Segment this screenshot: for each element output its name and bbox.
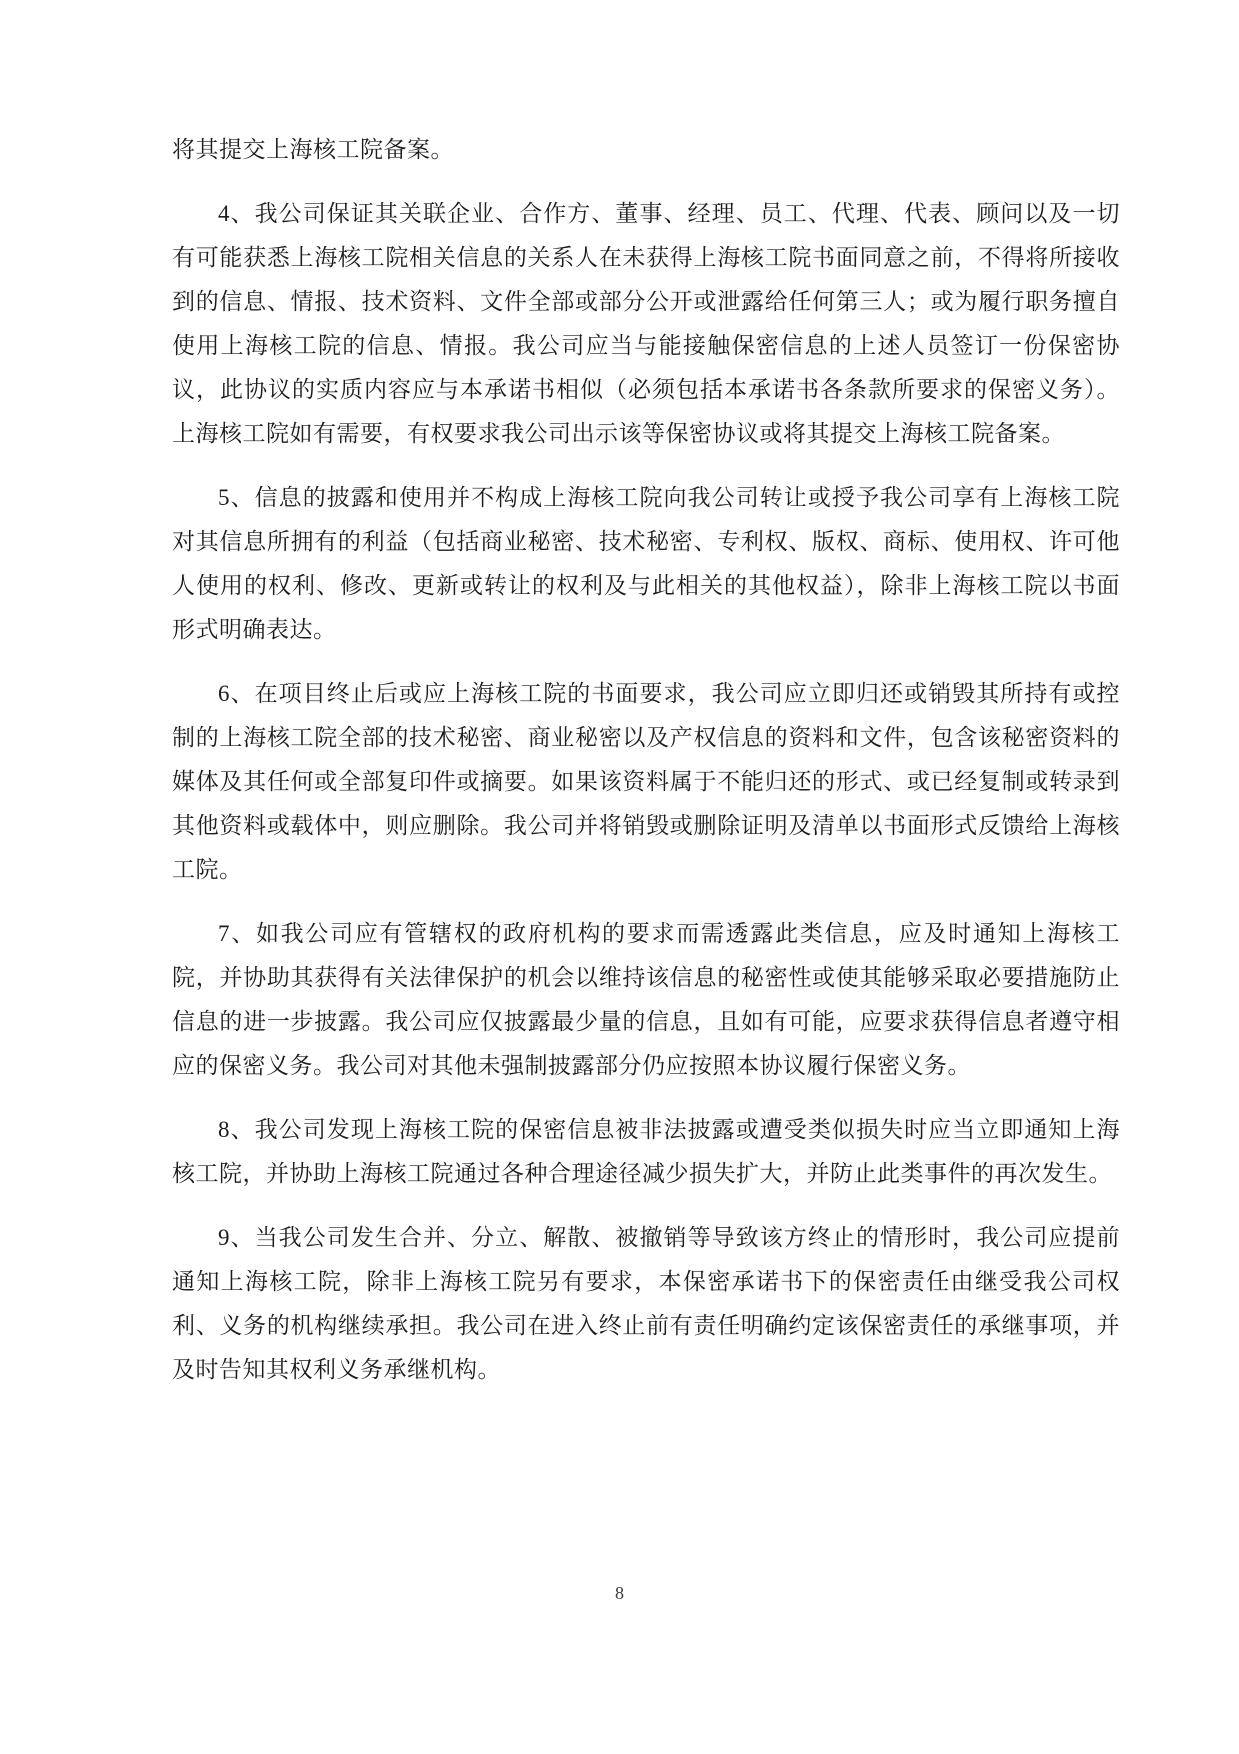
- paragraph-item-6: 6、在项目终止后或应上海核工院的书面要求，我公司应立即归还或销毁其所持有或控制的…: [172, 672, 1120, 892]
- paragraph-item-9: 9、当我公司发生合并、分立、解散、被撤销等导致该方终止的情形时，我公司应提前通知…: [172, 1216, 1120, 1392]
- paragraph-continuation: 将其提交上海核工院备案。: [172, 128, 1120, 172]
- document-body: 将其提交上海核工院备案。 4、我公司保证其关联企业、合作方、董事、经理、员工、代…: [172, 128, 1120, 1412]
- paragraph-item-8: 8、我公司发现上海核工院的保密信息被非法披露或遭受类似损失时应当立即通知上海核工…: [172, 1108, 1120, 1196]
- page-number: 8: [0, 1583, 1239, 1604]
- paragraph-item-4: 4、我公司保证其关联企业、合作方、董事、经理、员工、代理、代表、顾问以及一切有可…: [172, 192, 1120, 456]
- document-page: 将其提交上海核工院备案。 4、我公司保证其关联企业、合作方、董事、经理、员工、代…: [0, 0, 1239, 1754]
- paragraph-item-5: 5、信息的披露和使用并不构成上海核工院向我公司转让或授予我公司享有上海核工院对其…: [172, 476, 1120, 652]
- paragraph-item-7: 7、如我公司应有管辖权的政府机构的要求而需透露此类信息，应及时通知上海核工院，并…: [172, 912, 1120, 1088]
